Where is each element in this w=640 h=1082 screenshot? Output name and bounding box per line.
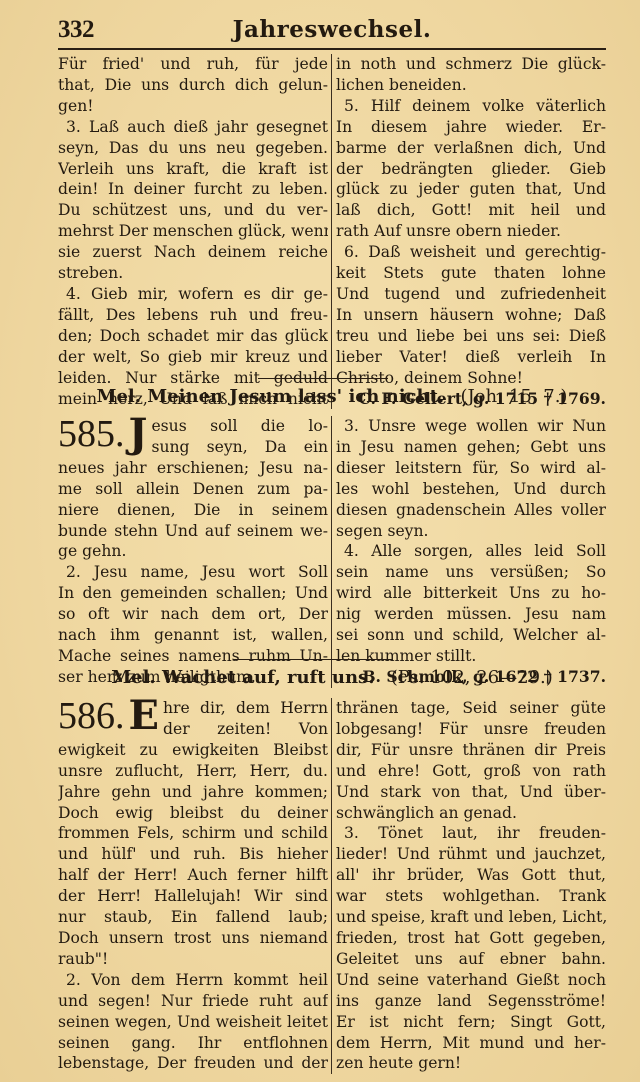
text-line: dem Herrn, Mit mund und her- — [336, 1033, 606, 1054]
text-line: Und tugend und zufriedenheit — [336, 284, 606, 305]
text-line: dein! In deiner furcht zu leben. — [58, 179, 328, 200]
verse-start: 2. Jesu name, Jesu wort Soll — [58, 562, 328, 583]
left-column: Für fried' und ruh, für jede that, Die u… — [58, 54, 328, 409]
text-line: Geleitet uns auf ebner bahn. — [336, 949, 606, 970]
text-line: half der Herr! Auch ferner hilft — [58, 865, 328, 886]
right-column: thränen tage, Seid seiner güte lobgesang… — [336, 698, 606, 1074]
text-line: in Jesu namen gehen; Gebt uns — [336, 437, 606, 458]
text-line: seinen wegen, Und weisheit leitet — [58, 1012, 328, 1033]
text-line: len kummer stillt. — [336, 646, 606, 667]
text-line: sein name uns versüßen; So — [336, 562, 606, 583]
verse-start: 3. Laß auch dieß jahr gesegnet — [58, 117, 328, 138]
text-line: nig werden müssen. Jesu nam — [336, 604, 606, 625]
column-divider — [328, 698, 336, 1074]
text-line: streben. — [58, 263, 328, 284]
text-line: mehrst Der menschen glück, wenn — [58, 221, 328, 242]
previous-hymn-continuation: Für fried' und ruh, für jede that, Die u… — [58, 54, 606, 409]
left-column: 585. J esus soll die lo- sung seyn, Da e… — [58, 416, 328, 688]
text-line: nach ihm genannt ist, wallen, — [58, 625, 328, 646]
text-line: lieber Vater! dieß verleih In — [336, 347, 606, 368]
text-line: raub"! — [58, 949, 328, 970]
text-line: fällt, Des lebens ruh und freu- — [58, 305, 328, 326]
text-line: me soll allein Denen zum pa- — [58, 479, 328, 500]
text-line: In diesem jahre wieder. Er- — [336, 117, 606, 138]
verse-start: 2. Von dem Herrn kommt heil — [58, 970, 328, 991]
text-line: Doch ewig bleibst du deiner — [58, 803, 328, 824]
left-column: 586. E hre dir, dem Herrn der zeiten! Vo… — [58, 698, 328, 1074]
hymnal-page: 332 Jahreswechsel. Für fried' und ruh, f… — [58, 14, 606, 44]
text-line: der zeiten! Von — [163, 719, 328, 740]
verse-start: 5. Hilf deinem volke väterlich — [336, 96, 606, 117]
running-title: Jahreswechsel. — [58, 16, 606, 43]
melody-title: Mel. Wachet auf, ruft uns. — [111, 667, 374, 688]
text-line: der bedrängten glieder. Gieb — [336, 159, 606, 180]
scripture-reference: (Joh: 15, 7.) — [460, 386, 567, 407]
text-line: glück zu jeder guten that, Und — [336, 179, 606, 200]
text-line: gen! — [58, 96, 328, 117]
text-line: Und seine vaterhand Gießt noch — [336, 970, 606, 991]
section-rule — [233, 659, 393, 660]
text-line: lieder! Und rühmt und jauchzet, — [336, 844, 606, 865]
melody-title: Mel. Meinen Jesum lass' ich nicht. — [97, 386, 445, 407]
text-line: wird alle bitterkeit Uns zu ho- — [336, 583, 606, 604]
melody-line-585: Mel. Meinen Jesum lass' ich nicht. (Joh:… — [58, 386, 606, 407]
text-line: neues jahr erschienen; Jesu na- — [58, 458, 328, 479]
text-line: segen seyn. — [336, 521, 606, 542]
text-line: Und stark von that, Und über- — [336, 782, 606, 803]
text-line: und speise, kraft und leben, Licht, — [336, 907, 606, 928]
column-divider — [328, 54, 336, 409]
right-column: 3. Unsre wege wollen wir Nun in Jesu nam… — [336, 416, 606, 688]
text-line: seyn, Das du uns neu gegeben. — [58, 138, 328, 159]
text-line: all' ihr brüder, Was Gott thut, — [336, 865, 606, 886]
text-line: in noth und schmerz Die glück- — [336, 54, 606, 75]
verse-start: 4. Alle sorgen, alles leid Soll — [336, 541, 606, 562]
hymn-586: 586. E hre dir, dem Herrn der zeiten! Vo… — [58, 698, 606, 1074]
text-line: Doch unsern trost uns niemand — [58, 928, 328, 949]
text-line: unsre zuflucht, Herr, Herr, du. — [58, 761, 328, 782]
text-line: hre dir, dem Herrn — [163, 698, 328, 719]
text-line: keit Stets gute thaten lohne — [336, 263, 606, 284]
verse-start: 6. Daß weisheit und gerechtig- — [336, 242, 606, 263]
verse-start: 3. Tönet laut, ihr freuden- — [336, 823, 606, 844]
melody-line-586: Mel. Wachet auf, ruft uns. (Ps: 102, 26—… — [58, 667, 606, 688]
text-line: rath Auf unsre obern nieder. — [336, 221, 606, 242]
text-line: sei sonn und schild, Welcher al- — [336, 625, 606, 646]
text-line: niere dienen, Die in seinem — [58, 500, 328, 521]
text-line: ge gehn. — [58, 541, 328, 562]
text-line: lobgesang! Für unsre freuden — [336, 719, 606, 740]
text-line: und segen! Nur friede ruht auf — [58, 991, 328, 1012]
header-rule — [58, 48, 606, 50]
text-line: Du schützest uns, und du ver- — [58, 200, 328, 221]
text-line: der Herr! Hallelujah! Wir sind — [58, 886, 328, 907]
text-line: frommen Fels, schirm und schild — [58, 823, 328, 844]
text-line: les wohl bestehen, Und durch — [336, 479, 606, 500]
text-line: diesen gnadenschein Alles voller — [336, 500, 606, 521]
text-line: bunde stehn Und auf seinem we- — [58, 521, 328, 542]
text-line: der welt, So gieb mir kreuz und — [58, 347, 328, 368]
text-line: treu und liebe bei uns sei: Dieß — [336, 326, 606, 347]
hymn-number: 585. — [58, 416, 125, 452]
text-line: barme der verlaßnen dich, Und — [336, 138, 606, 159]
column-divider — [328, 416, 336, 688]
text-line: In unsern häusern wohne; Daß — [336, 305, 606, 326]
verse-start: 3. Unsre wege wollen wir Nun — [336, 416, 606, 437]
text-line: Verleih uns kraft, die kraft ist — [58, 159, 328, 180]
text-line: nur staub, Ein fallend laub; — [58, 907, 328, 928]
text-line: frieden, trost hat Gott gegeben, — [336, 928, 606, 949]
text-line: ins ganze land Segensströme! — [336, 991, 606, 1012]
text-line: lichen beneiden. — [336, 75, 606, 96]
text-line: und ehre! Gott, groß von rath — [336, 761, 606, 782]
verse-start: 4. Gieb mir, wofern es dir ge- — [58, 284, 328, 305]
text-line: sung seyn, Da ein — [151, 437, 328, 458]
text-line: lebenstage, Der freuden und der — [58, 1053, 328, 1074]
text-line: und hülf' und ruh. Bis hieher — [58, 844, 328, 865]
text-line: sie zuerst Nach deinem reiche — [58, 242, 328, 263]
section-rule — [258, 378, 388, 379]
text-line: war stets wohlgethan. Trank — [336, 886, 606, 907]
page-header: 332 Jahreswechsel. — [58, 14, 606, 44]
text-line: laß dich, Gott! mit heil und — [336, 200, 606, 221]
text-line: schwänglich an genad. — [336, 803, 606, 824]
text-line: dieser leitstern für, So wird al- — [336, 458, 606, 479]
drop-cap: E — [129, 698, 160, 734]
text-line: esus soll die lo- — [151, 416, 328, 437]
drop-cap: J — [129, 416, 148, 452]
text-line: that, Die uns durch dich gelun- — [58, 75, 328, 96]
text-line: thränen tage, Seid seiner güte — [336, 698, 606, 719]
text-line: In den gemeinden schallen; Und — [58, 583, 328, 604]
text-line: dir, Für unsre thränen dir Preis — [336, 740, 606, 761]
text-line: seinen gang. Ihr entflohnen — [58, 1033, 328, 1054]
text-line: so oft wir nach dem ort, Der — [58, 604, 328, 625]
right-column: in noth und schmerz Die glück- lichen be… — [336, 54, 606, 409]
text-line: den; Doch schadet mir das glück — [58, 326, 328, 347]
scripture-reference: (Ps: 102, 26—29.) — [391, 667, 553, 688]
text-line: ewigkeit zu ewigkeiten Bleibst — [58, 740, 328, 761]
text-line: Jahre gehn und jahre kommen; — [58, 782, 328, 803]
text-line: Für fried' und ruh, für jede — [58, 54, 328, 75]
hymn-585: 585. J esus soll die lo- sung seyn, Da e… — [58, 416, 606, 688]
text-line: zen heute gern! — [336, 1053, 606, 1074]
text-line: Mache seines namens ruhm Un- — [58, 646, 328, 667]
text-line: Er ist nicht fern; Singt Gott, — [336, 1012, 606, 1033]
hymn-number: 586. — [58, 698, 125, 734]
